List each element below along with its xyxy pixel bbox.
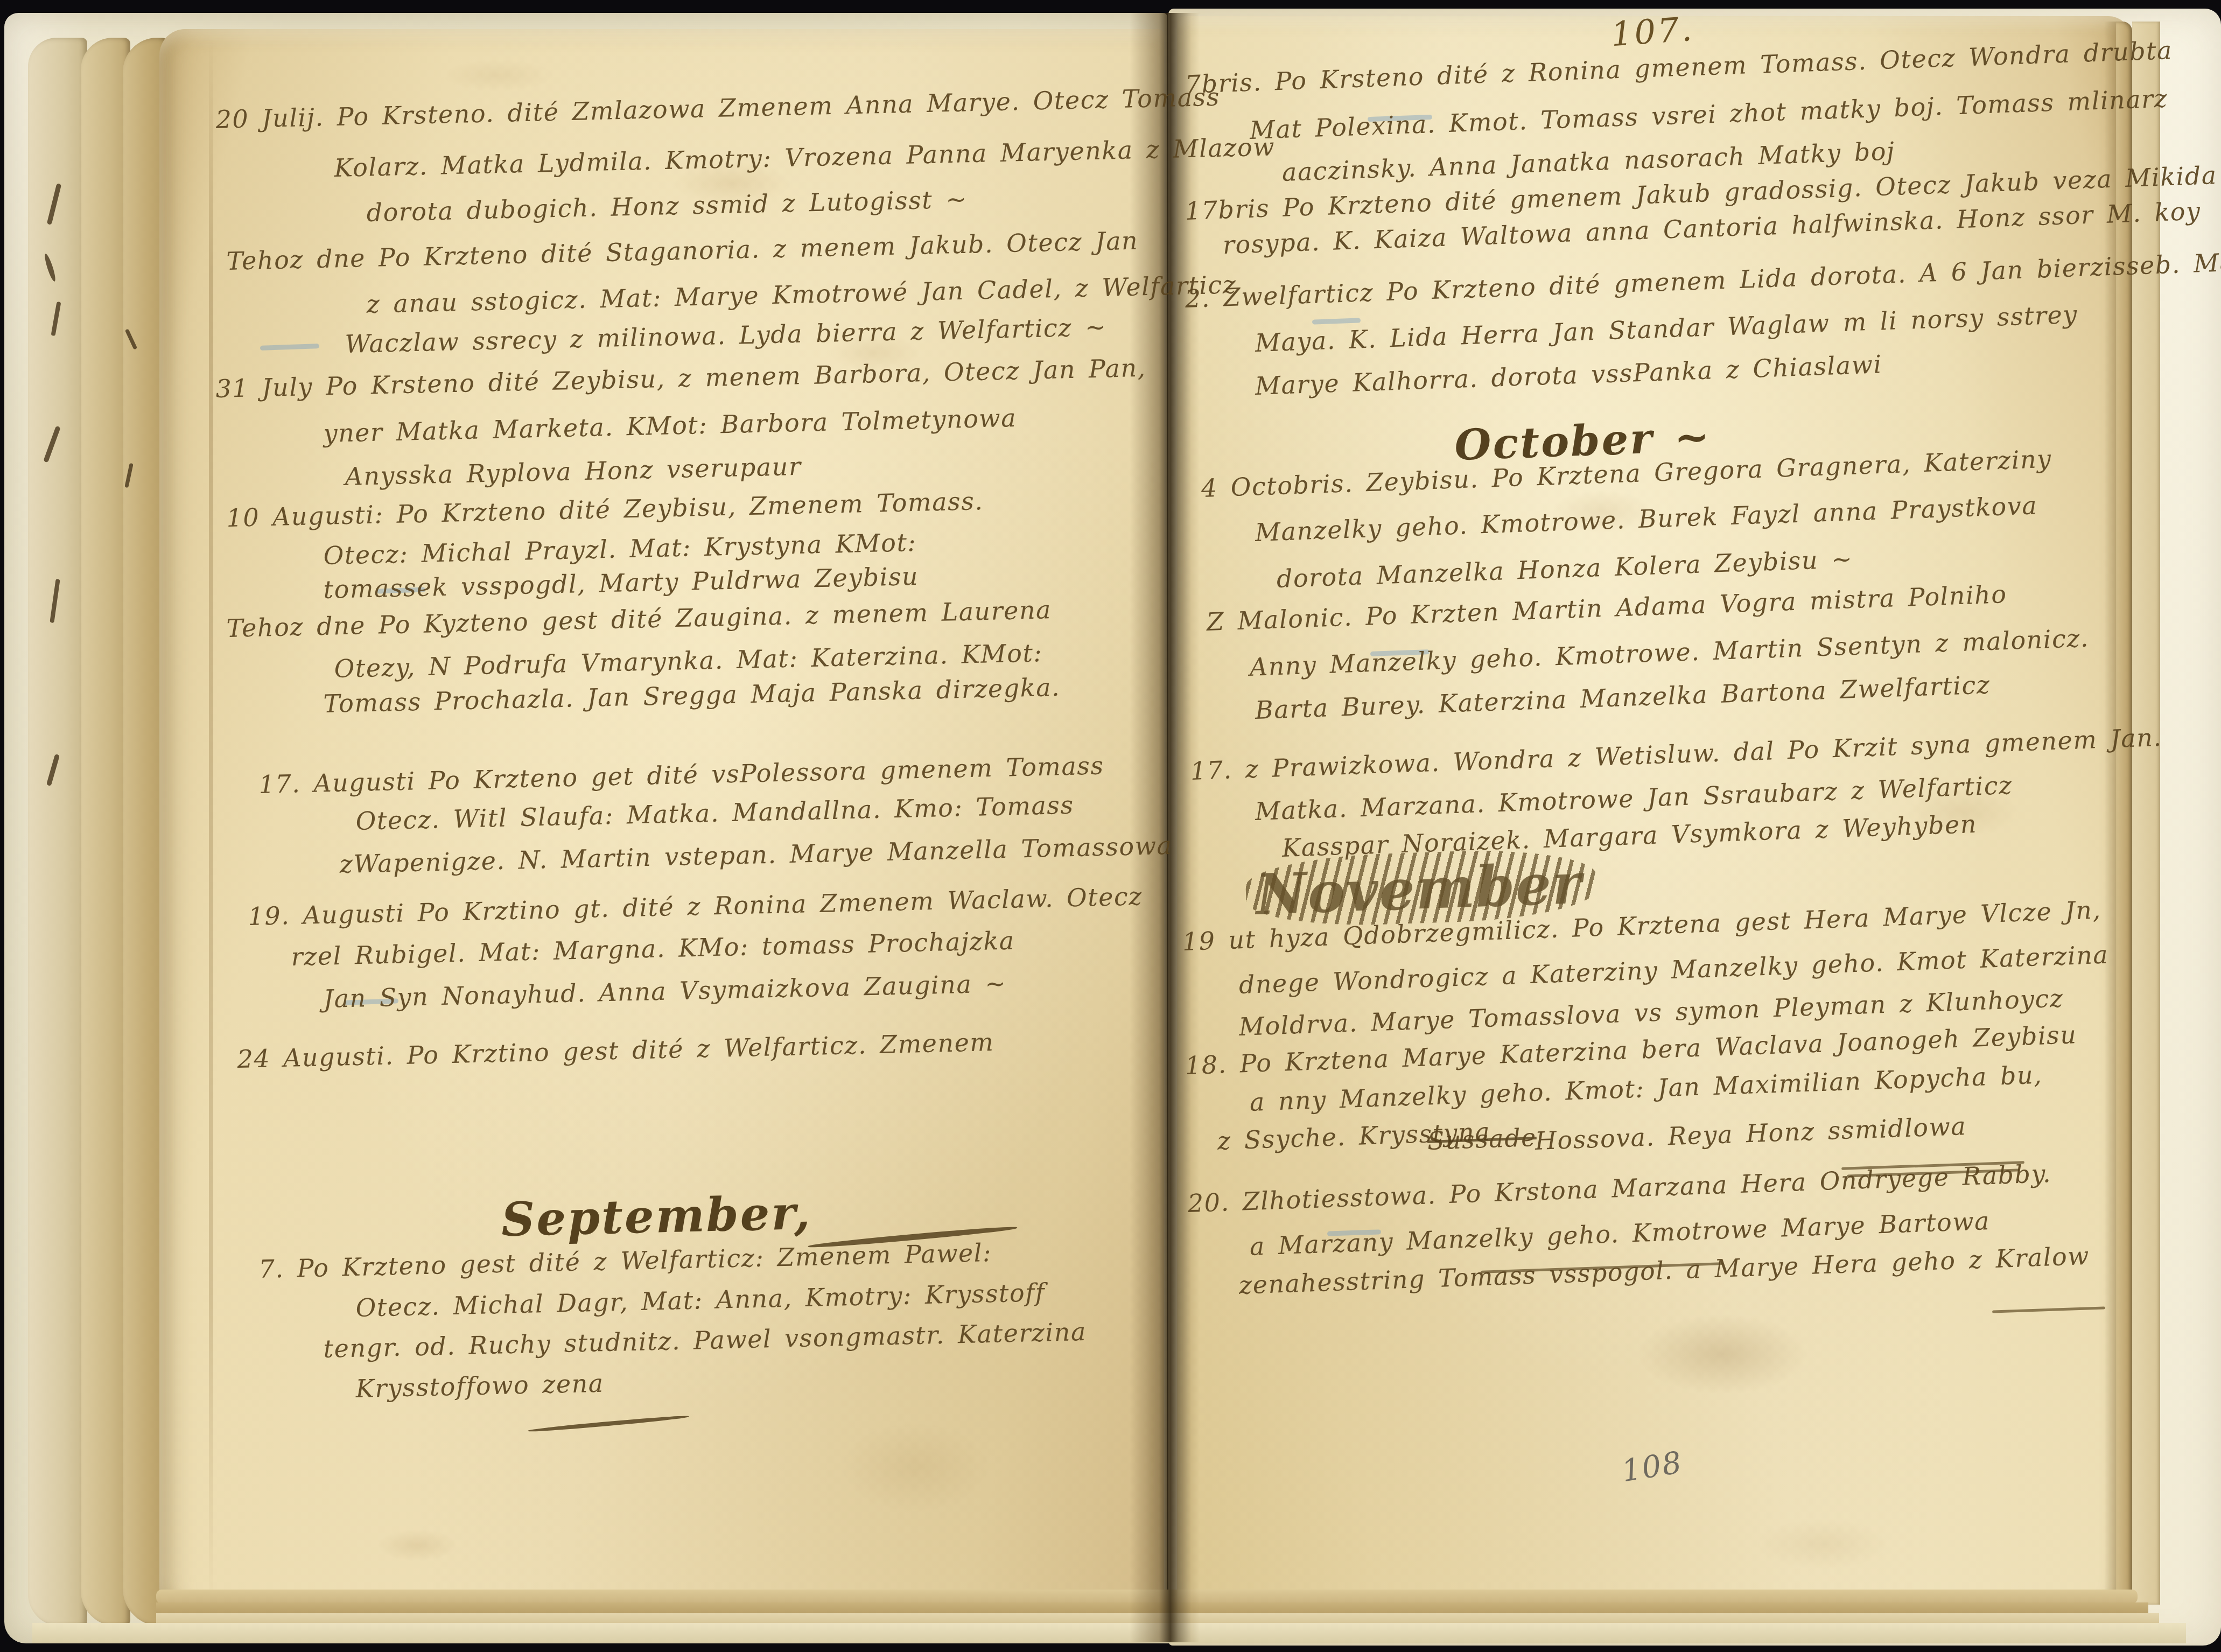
- manuscript-line: Barta Burey. Katerzina Manzelka Bartona …: [1255, 670, 1991, 725]
- manuscript-line: Otecz. Witl Slaufa: Matka. Mandallna. Km…: [355, 790, 1074, 836]
- manuscript-line: 24 Augusti. Po Krztino gest dité z Welfa…: [237, 1027, 994, 1074]
- manuscript-line: 19. Augusti Po Krztino gt. dité z Ronina…: [248, 881, 1143, 931]
- manuscript-text-layer: 20 Julij. Po Krsteno. dité Zmlazowa Zmen…: [0, 0, 2221, 1652]
- manuscript-line: Tehoz dne Po Krzteno dité Staganoria. z …: [226, 226, 1139, 276]
- manuscript-line: Manzelky geho. Kmotrowe. Burek Fayzl ann…: [1255, 491, 2038, 547]
- manuscript-line: Maya. K. Lida Herra Jan Standar Waglaw m…: [1255, 300, 2078, 358]
- manuscript-line: yner Matka Marketa. KMot: Barbora Tolmet…: [323, 403, 1017, 448]
- manuscript-line: 31 July Po Krsteno dité Zeybisu, z menem…: [215, 353, 1146, 403]
- book-photograph: 20 Julij. Po Krsteno. dité Zmlazowa Zmen…: [0, 0, 2221, 1652]
- manuscript-line: Marye Kalhorra. dorota vssPanka z Chiasl…: [1255, 349, 1883, 401]
- manuscript-line: dorota dubogich. Honz ssmid z Lutogisst …: [366, 185, 968, 227]
- manuscript-line: Anysska Ryplova Honz vserupaur: [345, 452, 802, 491]
- folio-number: 107.: [1610, 9, 1695, 54]
- manuscript-line: 20 Julij. Po Krsteno. dité Zmlazowa Zmen…: [215, 82, 1220, 134]
- manuscript-line: tengr. od. Ruchy studnitz. Pawel vsongma…: [323, 1317, 1087, 1363]
- manuscript-line: zWapenigze. N. Martin vstepan. Marye Man…: [339, 831, 1173, 879]
- struck-word: Sussade: [1427, 1123, 1537, 1156]
- manuscript-line: 17. z Prawizkowa. Wondra z Wetisluw. dal…: [1190, 723, 2162, 786]
- manuscript-line: rzel Rubigel. Mat: Margna. KMo: tomass P…: [291, 926, 1015, 971]
- manuscript-line: Hossova. Reya Honz ssmidlowa: [1535, 1111, 1967, 1156]
- month-header: September,: [501, 1186, 812, 1247]
- manuscript-line: z anau sstogicz. Mat: Marye Kmotrowé Jan…: [366, 270, 1237, 319]
- manuscript-line: Mat Polexina. Kmot. Tomass vsrei zhot ma…: [1249, 83, 2168, 145]
- manuscript-line: Jan Syn Nonayhud. Anna Vsymaizkova Zaugi…: [323, 969, 1007, 1013]
- manuscript-line: Krysstoffowo zena: [355, 1369, 604, 1403]
- manuscript-line: dorota Manzelka Honza Kolera Zeybisu ~: [1276, 544, 1853, 593]
- manuscript-line: Kolarz. Matka Lydmila. Kmotry: Vrozena P…: [334, 132, 1276, 183]
- manuscript-line: Waczlaw ssrecy z milinowa. Lyda bierra z…: [345, 312, 1107, 359]
- manuscript-line: Otecz. Michal Dagr, Mat: Anna, Kmotry: K…: [355, 1278, 1046, 1322]
- manuscript-line: 7. Po Krzteno gest dité z Welfarticz: Zm…: [258, 1238, 992, 1284]
- manuscript-line: 17. Augusti Po Krzteno get dité vsPoless…: [258, 751, 1104, 799]
- manuscript-line: 10 Augusti: Po Krzteno dité Zeybisu, Zme…: [226, 486, 984, 533]
